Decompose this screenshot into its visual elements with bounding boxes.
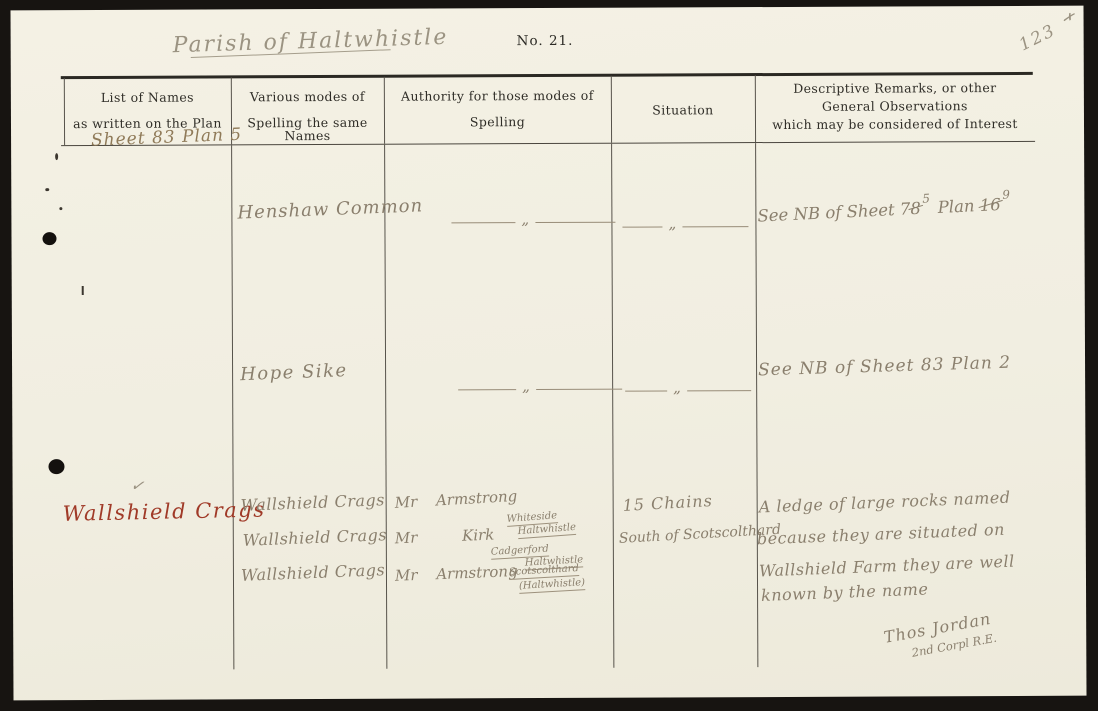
row1-remark-correction: 9: [1002, 188, 1010, 202]
row3-situation-line1: 15 Chains: [622, 493, 713, 514]
ditto-dash: [536, 388, 622, 389]
paper-speck: [82, 286, 84, 295]
ditto-dash: [625, 390, 667, 391]
row2-remark: See NB of Sheet 83 Plan 2: [758, 355, 1011, 380]
row1-remark-text: Plan: [937, 196, 975, 217]
row2-situation-ditto: „: [625, 381, 751, 400]
ditto-dash: [451, 222, 515, 223]
row3-authority-3-name: Mr Armstrong: [395, 564, 518, 584]
row3-remark-line1: A ledge of large rocks named: [758, 490, 1010, 516]
header-list-of-names: List of Names: [64, 91, 231, 104]
sheet-plan-annotation: Sheet 83 Plan 5: [91, 127, 243, 150]
ditto-dash: [687, 390, 751, 391]
row1-authority-ditto: „: [451, 213, 615, 232]
row3-authority-3-residence2: (Haltwhistle): [519, 578, 586, 594]
ditto-mark: „: [521, 210, 529, 228]
row1-remark: See NB of Sheet 785 Plan 169: [757, 196, 1013, 225]
ditto-mark: „: [668, 214, 676, 232]
ditto-dash: [622, 226, 662, 227]
row3-remark-line4: known by the name: [761, 581, 929, 604]
row3-name-on-plan: Wallshield Crags: [62, 499, 265, 524]
row3-remark-line2: because they are situated on: [757, 522, 1006, 548]
row1-spelling: Henshaw Common: [237, 197, 423, 222]
row1-remark-text: See NB of Sheet 7: [757, 199, 911, 225]
row1-situation-ditto: „: [622, 217, 748, 236]
row1-remark-correction: 5: [922, 191, 930, 205]
document-page: Parish of Haltwhistle No. 21. 123 ✗ List…: [10, 6, 1086, 701]
row3-authority-1-name: Mr Armstrong: [394, 489, 517, 511]
ditto-dash: [682, 226, 748, 227]
row3-spelling-1: Wallshield Crags: [240, 492, 385, 514]
header-descriptive-remarks-line2: General Observations: [755, 100, 1035, 114]
row3-spelling-3: Wallshield Crags: [241, 562, 386, 584]
ditto-mark: „: [522, 377, 530, 395]
row3-authority-1-residence2: Haltwhistle: [517, 523, 576, 539]
row1-remark-struck: 16: [979, 195, 1001, 215]
ink-blot: [48, 459, 64, 474]
table-column-divider: [231, 145, 234, 669]
ditto-dash: [535, 221, 615, 222]
row1-remark-struck: 8: [910, 199, 921, 218]
table-column-divider: [64, 78, 65, 145]
row3-authority-2-name: Mr Kirk: [395, 528, 495, 547]
row3-check-mark: ✓: [130, 477, 145, 495]
header-various-modes-line2: Spelling the same Names: [231, 117, 384, 143]
row2-authority-ditto: „: [458, 380, 622, 399]
ditto-dash: [458, 389, 516, 390]
header-various-modes: Various modes of: [231, 91, 384, 104]
header-authority-line2: Spelling: [384, 116, 611, 129]
scan-background: Parish of Haltwhistle No. 21. 123 ✗ List…: [0, 0, 1098, 711]
header-authority: Authority for those modes of: [384, 90, 611, 103]
row3-spelling-2: Wallshield Crags: [243, 527, 388, 549]
form-number: No. 21.: [517, 33, 574, 49]
paper-speck: [45, 188, 49, 191]
ink-blot: [42, 232, 56, 245]
page-number: 123: [1017, 22, 1059, 54]
table-column-divider: [384, 145, 387, 669]
paper-speck: [55, 153, 58, 160]
ditto-mark: „: [673, 378, 681, 396]
row3-remark-line3: Wallshield Farm they are well: [759, 554, 1015, 580]
row2-spelling: Hope Sike: [240, 362, 348, 384]
header-descriptive-remarks-line3: which may be considered of Interest: [755, 118, 1035, 132]
paper-speck: [59, 207, 62, 210]
header-situation: Situation: [611, 104, 755, 117]
table-top-rule: [61, 72, 1033, 79]
header-descriptive-remarks: Descriptive Remarks, or other: [755, 82, 1035, 96]
corner-mark: ✗: [1061, 11, 1074, 26]
